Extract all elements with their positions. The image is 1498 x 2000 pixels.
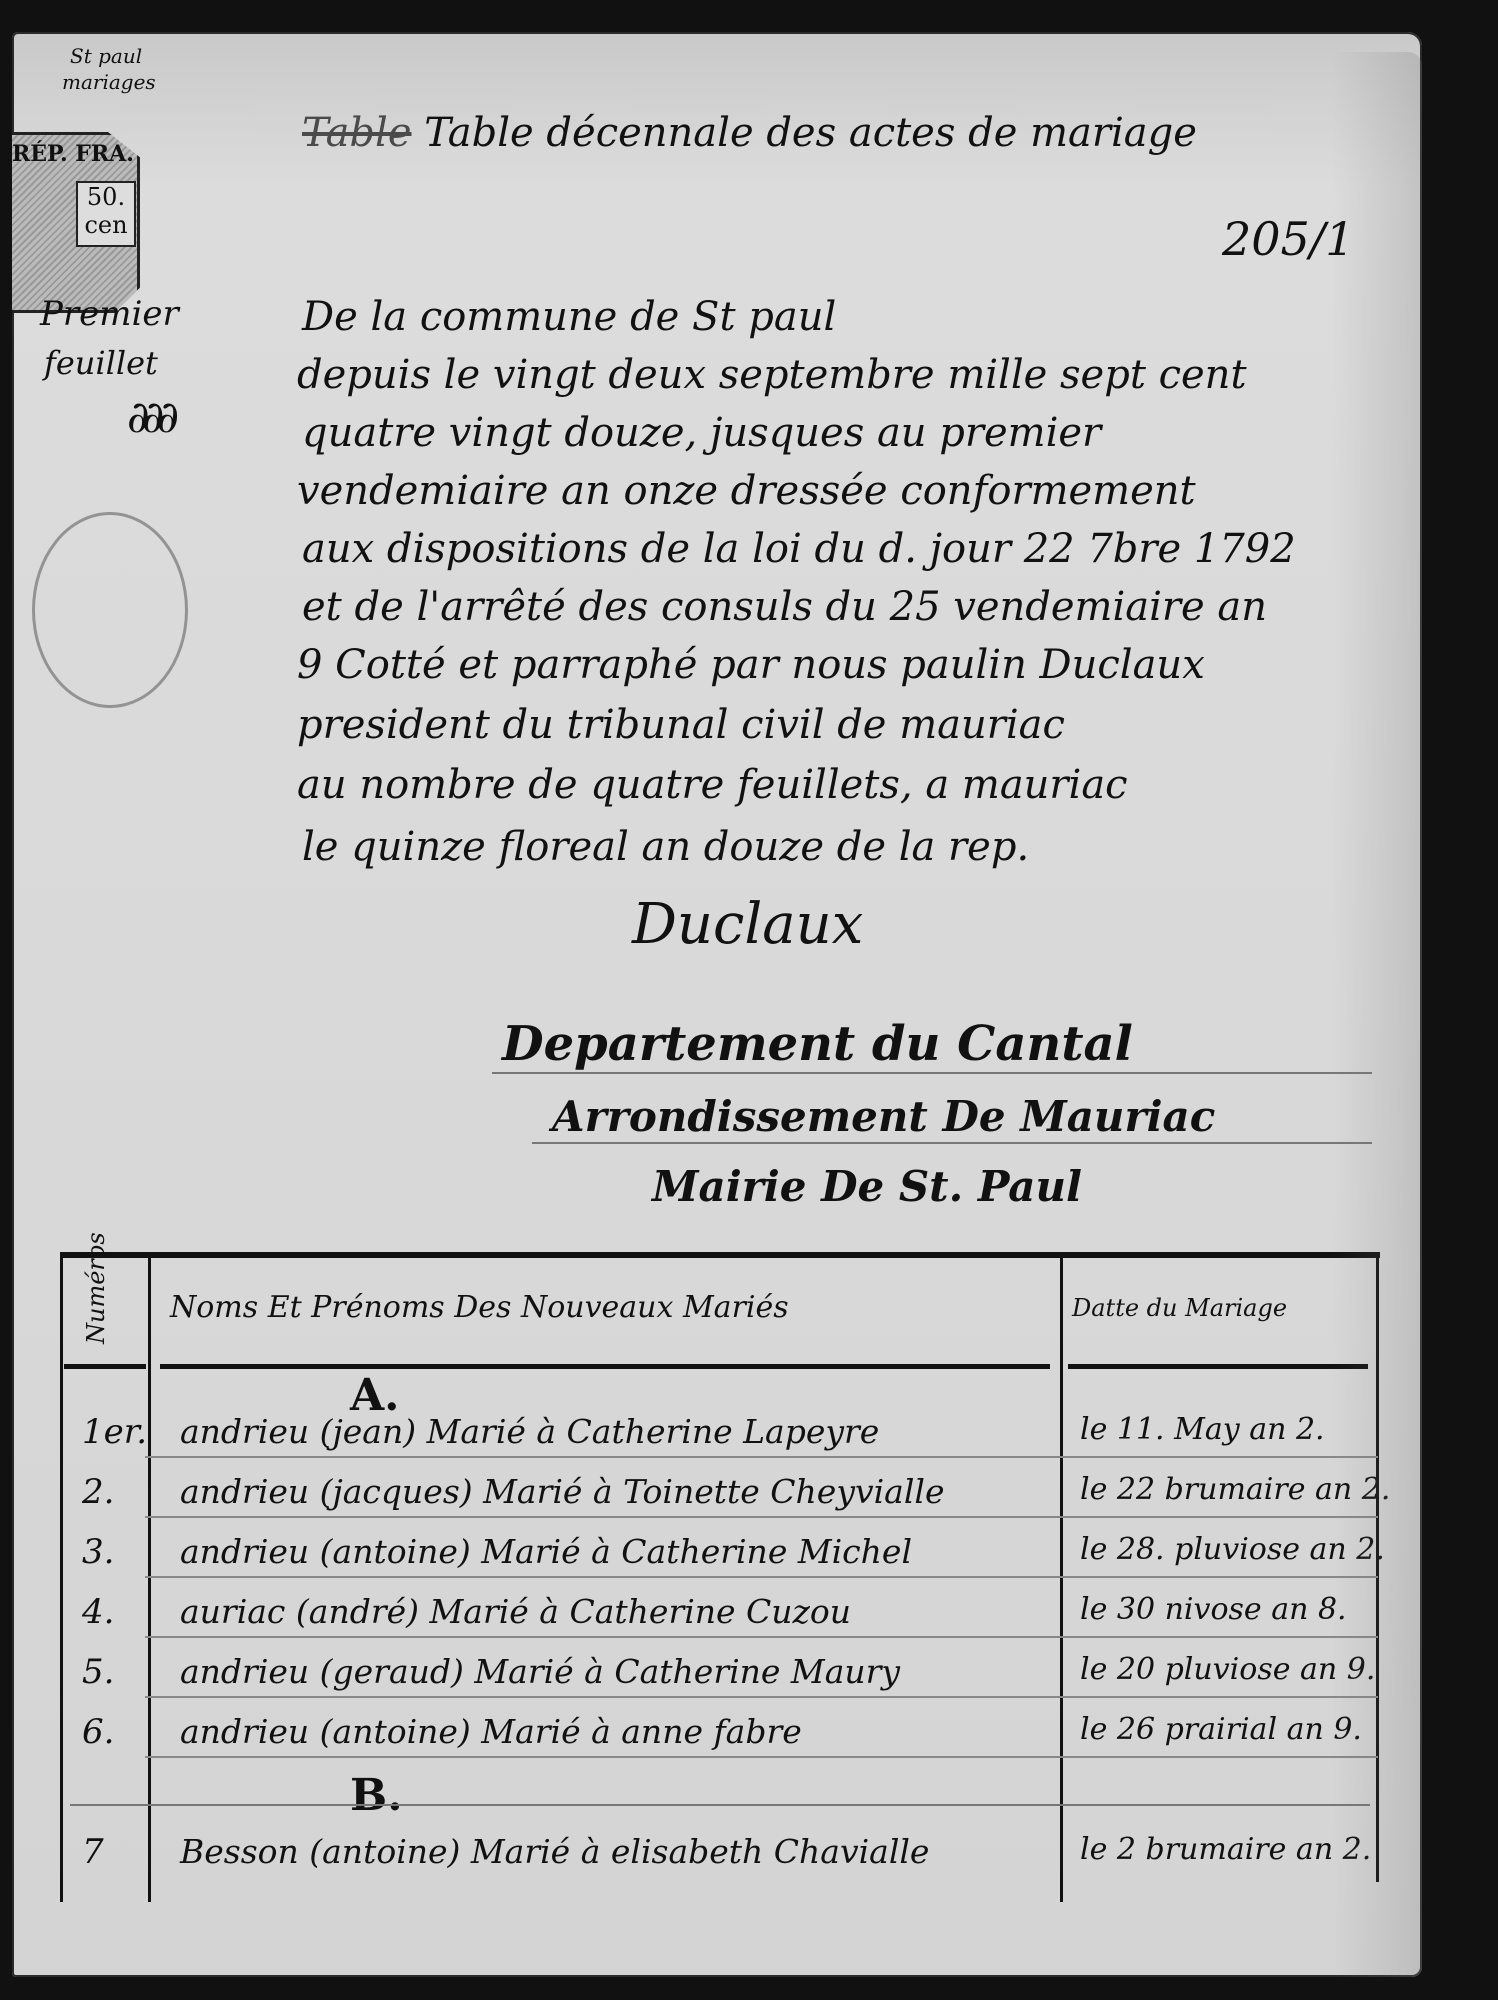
paragraph-line-7: 9 Cotté et parraphé par nous paulin Ducl… — [297, 642, 1205, 688]
row-number: 7 — [82, 1832, 104, 1872]
guide-line — [145, 1456, 1378, 1458]
paragraph-line-1: De la commune de St paul — [302, 294, 836, 340]
mairie-heading: Mairie De St. Paul — [652, 1162, 1082, 1211]
guide-line — [145, 1696, 1378, 1698]
row-number: 1er. — [82, 1412, 147, 1452]
table-row: 5. andrieu (geraud) Marié à Catherine Ma… — [60, 1652, 1388, 1712]
ruled-line — [532, 1142, 1372, 1144]
header-underline — [1068, 1364, 1368, 1369]
header-underline — [160, 1364, 1050, 1369]
row-entry: andrieu (jacques) Marié à Toinette Cheyv… — [180, 1472, 944, 1511]
table-row: 1er. andrieu (jean) Marié à Catherine La… — [60, 1412, 1388, 1472]
paraph-mark: ∂∂∂ — [127, 392, 171, 443]
row-date: le 28. pluviose an 2. — [1080, 1532, 1385, 1567]
row-entry: andrieu (jean) Marié à Catherine Lapeyre — [180, 1412, 879, 1451]
signature: Duclaux — [632, 892, 863, 957]
row-number: 6. — [82, 1712, 114, 1752]
arrondissement-heading: Arrondissement De Mauriac — [552, 1092, 1215, 1141]
column-header-date: Datte du Mariage — [1072, 1294, 1287, 1322]
marriage-table: Numéros Noms Et Prénoms Des Nouveaux Mar… — [60, 1252, 1388, 1922]
guide-line — [145, 1516, 1378, 1518]
row-entry: auriac (andré) Marié à Catherine Cuzou — [180, 1592, 851, 1631]
document-title: Table Table décennale des actes de maria… — [302, 110, 1197, 156]
table-row: 7 Besson (antoine) Marié à elisabeth Cha… — [60, 1832, 1388, 1892]
row-entry: Besson (antoine) Marié à elisabeth Chavi… — [180, 1832, 929, 1871]
paragraph-line-6: et de l'arrêté des consuls du 25 vendemi… — [302, 584, 1267, 630]
paragraph-line-9: au nombre de quatre feuillets, a mauriac — [297, 762, 1128, 808]
table-row: 4. auriac (andré) Marié à Catherine Cuzo… — [60, 1592, 1388, 1652]
table-row: 2. andrieu (jacques) Marié à Toinette Ch… — [60, 1472, 1388, 1532]
document-page: St paul mariages RÉP. FRA. 50. cen Premi… — [12, 32, 1422, 1977]
row-number: 2. — [82, 1472, 114, 1512]
folio-note-premier: Premier — [40, 294, 179, 334]
section-letter-b: B. — [350, 1770, 403, 1821]
paragraph-line-2: depuis le vingt deux septembre mille sep… — [297, 352, 1247, 398]
table-row: 6. andrieu (antoine) Marié à anne fabre … — [60, 1712, 1388, 1772]
archive-number: 205/1 — [1222, 212, 1355, 266]
column-header-names: Noms Et Prénoms Des Nouveaux Mariés — [170, 1290, 789, 1325]
folio-note-feuillet: feuillet — [44, 344, 158, 382]
paragraph-line-10: le quinze floreal an douze de la rep. — [302, 824, 1029, 870]
header-underline — [64, 1364, 146, 1369]
paragraph-line-3: quatre vingt douze, jusques au premier — [302, 410, 1101, 456]
row-number: 5. — [82, 1652, 114, 1692]
struck-word: Table — [302, 110, 412, 156]
table-top-border — [60, 1252, 1380, 1258]
column-header-number: Numéros — [82, 1232, 110, 1344]
tax-stamp-text: RÉP. FRA. — [12, 141, 134, 167]
guide-line — [145, 1576, 1378, 1578]
row-date: le 2 brumaire an 2. — [1080, 1832, 1371, 1867]
margin-note-type: mariages — [62, 70, 156, 94]
row-date: le 26 prairial an 9. — [1080, 1712, 1362, 1747]
row-date: le 22 brumaire an 2. — [1080, 1472, 1390, 1507]
margin-note-commune: St paul — [70, 44, 142, 68]
guide-line — [145, 1636, 1378, 1638]
paragraph-line-8: president du tribunal civil de mauriac — [297, 702, 1065, 748]
row-number: 4. — [82, 1592, 114, 1632]
guide-line — [145, 1756, 1378, 1758]
row-number: 3. — [82, 1532, 114, 1572]
row-entry: andrieu (geraud) Marié à Catherine Maury — [180, 1652, 900, 1691]
row-date: le 30 nivose an 8. — [1080, 1592, 1347, 1627]
row-date: le 20 pluviose an 9. — [1080, 1652, 1375, 1687]
tax-stamp: RÉP. FRA. 50. cen — [12, 132, 140, 313]
department-heading: Departement du Cantal — [502, 1016, 1133, 1072]
faded-seal-icon — [32, 512, 188, 708]
table-row: 3. andrieu (antoine) Marié à Catherine M… — [60, 1532, 1388, 1592]
section-divider — [70, 1804, 1370, 1806]
ruled-line — [492, 1072, 1372, 1074]
row-entry: andrieu (antoine) Marié à anne fabre — [180, 1712, 802, 1751]
paragraph-line-4: vendemiaire an onze dressée conformement — [297, 468, 1196, 514]
row-date: le 11. May an 2. — [1080, 1412, 1325, 1447]
paragraph-line-5: aux dispositions de la loi du d. jour 22… — [302, 526, 1296, 572]
tax-stamp-value: 50. cen — [76, 181, 136, 247]
table-right-border — [1376, 1252, 1379, 1882]
row-entry: andrieu (antoine) Marié à Catherine Mich… — [180, 1532, 912, 1571]
